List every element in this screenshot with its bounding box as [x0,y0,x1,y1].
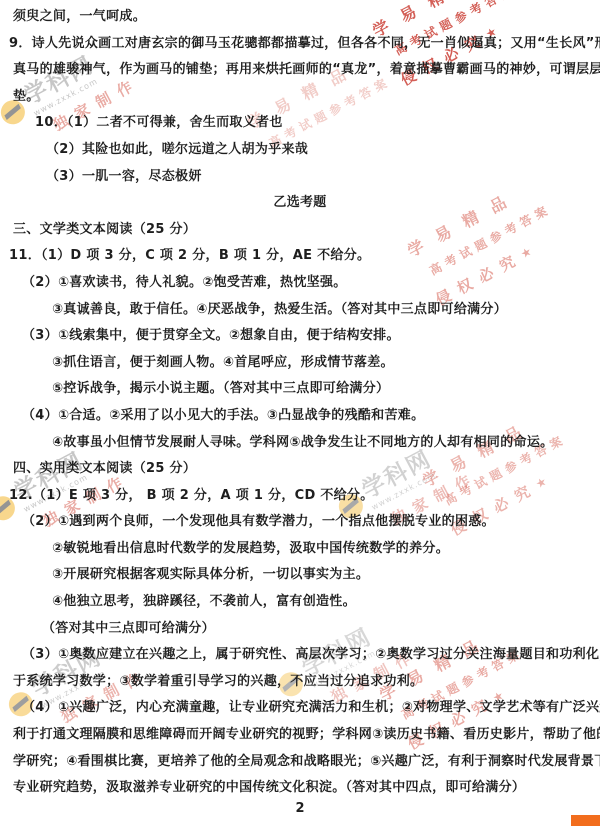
doc-line: ④故事虽小但情节发展耐人寻味。学科网⑤战争发生让不同地方的人却有相同的命运。 [0,430,600,457]
doc-line: 专业研究趋势，汲取滋养专业研究的中国传统文化积淀。（答对其中四点，即可给满分） [0,775,600,802]
doc-line: 9．诗人先说众画工对唐玄宗的御马玉花骢都都描摹过，但各各不同，无一肖似逼真；又用… [0,31,600,58]
doc-line: 垫。 [0,84,600,111]
doc-line: 真马的雄骏神气，作为画马的铺垫；再用来烘托画师的“真龙”，着意描摹曹霸画马的神妙… [0,57,600,84]
doc-line: （2）①喜欢读书，待人礼貌。②饱受苦难，热忱坚强。 [0,270,600,297]
doc-line: 学研究；④看围棋比赛，更培养了他的全局观念和战略眼光；⑤兴趣广泛，有利于洞察时代… [0,749,600,776]
doc-line: （2）其险也如此，嗟尔远道之人胡为乎来哉 [0,137,600,164]
doc-line: （答对其中三点即可给满分） [0,616,600,643]
doc-line: 利于打通文理隔膜和思维障碍而开阔专业研究的视野；学科网③读历史书籍、看历史影片，… [0,722,600,749]
scanned-answer-page: 学科网 www.zxxk.com 独家制作 学科网 www.zxxk.com 独… [0,0,600,826]
doc-line: 11．（1）D 项 3 分，C 项 2 分，B 项 1 分，AE 不给分。 [0,243,600,270]
doc-line: 三、文学类文本阅读（25 分） [0,217,600,244]
doc-line: ⑤控诉战争，揭示小说主题。（答对其中三点即可给满分） [0,376,600,403]
doc-line: 10．（1）二者不可得兼，舍生而取义者也 [0,110,600,137]
doc-line: ③抓住语言，便于刻画人物。④首尾呼应，形成情节落差。 [0,350,600,377]
doc-line: （3）①奥数应建立在兴趣之上，属于研究性、高层次学习；②奥数学习过分关注海量题目… [0,642,600,669]
doc-line: 须臾之间，一气呵成。 [0,4,600,31]
doc-line: 12.（1）E 项 3 分， B 项 2 分，A 项 1 分，CD 不给分。 [0,483,600,510]
doc-line: 于系统学习数学；③数学着重引导学习的兴趣，不应当过分追求功利。 [0,669,600,696]
doc-line: （4）①兴趣广泛，内心充满童趣，让专业研究充满活力和生机；②对物理学、文学艺术等… [0,695,600,722]
doc-line: ③真诚善良，敢于信任。④厌恶战争，热爱生活。（答对其中三点即可给满分） [0,297,600,324]
corner-scan-artifact [571,815,600,826]
doc-line: ③开展研究根据客观实际具体分析，一切以事实为主。 [0,562,600,589]
doc-line: （3）①线索集中，便于贯穿全文。②想象自由，便于结构安排。 [0,323,600,350]
doc-line: （2）①遇到两个良师，一个发现他具有数学潜力，一个指点他摆脱专业的困惑。 [0,509,600,536]
doc-line: （4）①合适。②采用了以小见大的手法。③凸显战争的残酷和苦难。 [0,403,600,430]
page-number: 2 [0,801,600,816]
doc-line: ②敏锐地看出信息时代数学的发展趋势，汲取中国传统数学的养分。 [0,536,600,563]
doc-line: （3）一肌一容，尽态极妍 [0,164,600,191]
doc-line: ④他独立思考，独辟蹊径，不袭前人，富有创造性。 [0,589,600,616]
doc-line: 乙选考题 [0,190,600,217]
answer-key-body: 须臾之间，一气呵成。9．诗人先说众画工对唐玄宗的御马玉花骢都都描摹过，但各各不同… [0,4,600,802]
doc-line: 四、实用类文本阅读（25 分） [0,456,600,483]
